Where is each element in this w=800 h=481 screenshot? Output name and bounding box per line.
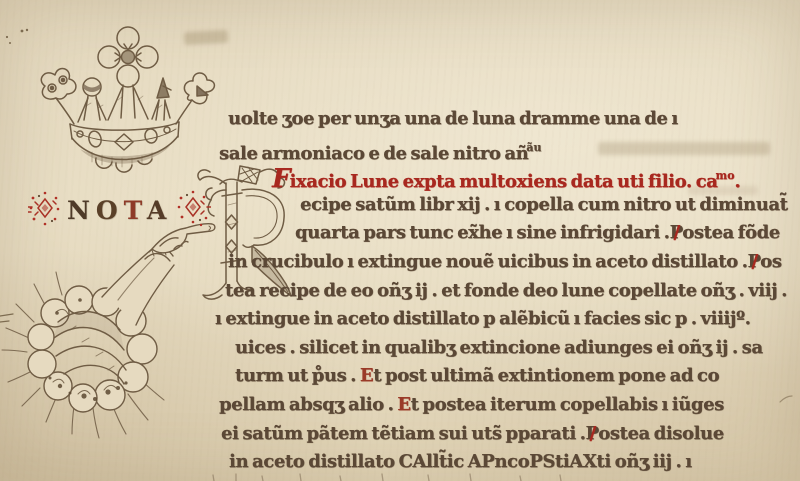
nota-letter: N	[67, 196, 96, 225]
text-line-1: uolte ʒoe per unʒa una de luna dramme un…	[205, 105, 799, 134]
text-line-7: tea recipe de eo oñʒ ij . et fonde deo l…	[205, 277, 799, 306]
text-segment: t post ultimã extintionem pone ad co	[373, 365, 719, 386]
text-line-8: ı extingue in aceto distillato p alẽbicũ…	[205, 305, 799, 334]
text-segment: /	[589, 423, 595, 444]
text-segment: in crucibulo ı extingue nouẽ uicibus in …	[228, 251, 751, 272]
manicula-pointing-hand-icon	[2, 224, 215, 438]
text-segment: .	[734, 171, 740, 191]
text-line-4: ecipe satũm libr xij . ı copella cum nit…	[205, 191, 799, 220]
text-segment: F	[272, 164, 289, 191]
text-segment: ãu	[526, 141, 541, 154]
nota-letter: T	[124, 196, 147, 225]
text-line-9: uices . silicet in qualibʒ extincione ad…	[205, 334, 799, 363]
crown-icon	[41, 27, 214, 172]
text-segment: /	[673, 222, 679, 243]
nota-letter: O	[96, 196, 124, 225]
text-segment: E	[360, 365, 373, 386]
text-segment: mo	[715, 169, 734, 182]
text-segment: ecipe satũm libr xij . ı copella cum nit…	[300, 194, 788, 215]
text-line-5: quarta pars tunc ex̃he ı sine infrigidar…	[205, 219, 799, 248]
nota-letter: A	[147, 196, 172, 225]
text-segment: Postea fõde	[670, 222, 780, 243]
text-line-3: Fixacio Lune expta multoxiens data uti f…	[205, 162, 799, 191]
text-line-12: ei satũm pãtem tẽtiam sui uts̃ pparati .…	[205, 420, 799, 449]
text-segment: ei satũm pãtem tẽtiam sui uts̃ pparati .	[221, 423, 589, 444]
text-segment: Postea disolue	[586, 423, 724, 444]
nota-annotation: NOTA	[28, 189, 211, 229]
text-line-11: pellam absqʒ alio . Et postea iterum cop…	[205, 391, 799, 420]
text-line-6: in crucibulo ı extingue nouẽ uicibus in …	[205, 248, 799, 277]
text-segment: E	[397, 394, 410, 415]
text-segment: uolte ʒoe per unʒa una de luna dramme un…	[228, 108, 678, 129]
text-line-10: turm ut p̊us . Et post ultimã extintione…	[205, 362, 799, 391]
text-segment: tea recipe de eo oñʒ ij . et fonde deo l…	[225, 280, 787, 301]
text-segment: t postea iterum copellabis ı iũges	[411, 394, 724, 415]
text-line-2: sale armoniaco e de sale nitro añãu	[205, 134, 799, 163]
text-segment: in aceto distillato CAllt̃ic APncoPStiAX…	[229, 451, 692, 472]
nota-ornament-left-icon	[28, 190, 62, 228]
text-segment: sale armoniaco e de sale nitro añ	[219, 143, 528, 163]
text-segment: uices . silicet in qualibʒ extincione ad…	[235, 337, 763, 358]
nota-label: NOTA	[67, 194, 172, 225]
text-block: uolte ʒoe per unʒa una de luna dramme un…	[205, 105, 799, 481]
text-line-13: in aceto distillato CAllt̃ic APncoPStiAX…	[205, 448, 799, 477]
text-segment: ı extingue in aceto distillato p alẽbicũ…	[215, 308, 750, 329]
text-segment: quarta pars tunc ex̃he ı sine infrigidar…	[295, 222, 673, 243]
text-segment: turm ut p̊us .	[235, 365, 360, 386]
text-segment: pellam absqʒ alio .	[219, 394, 397, 415]
manuscript-page: NOTA uolte ʒoe per unʒa una de luna dram…	[0, 0, 800, 481]
text-segment: /	[751, 251, 757, 272]
text-segment: ixacio Lune expta multoxiens data uti fi…	[289, 171, 717, 191]
